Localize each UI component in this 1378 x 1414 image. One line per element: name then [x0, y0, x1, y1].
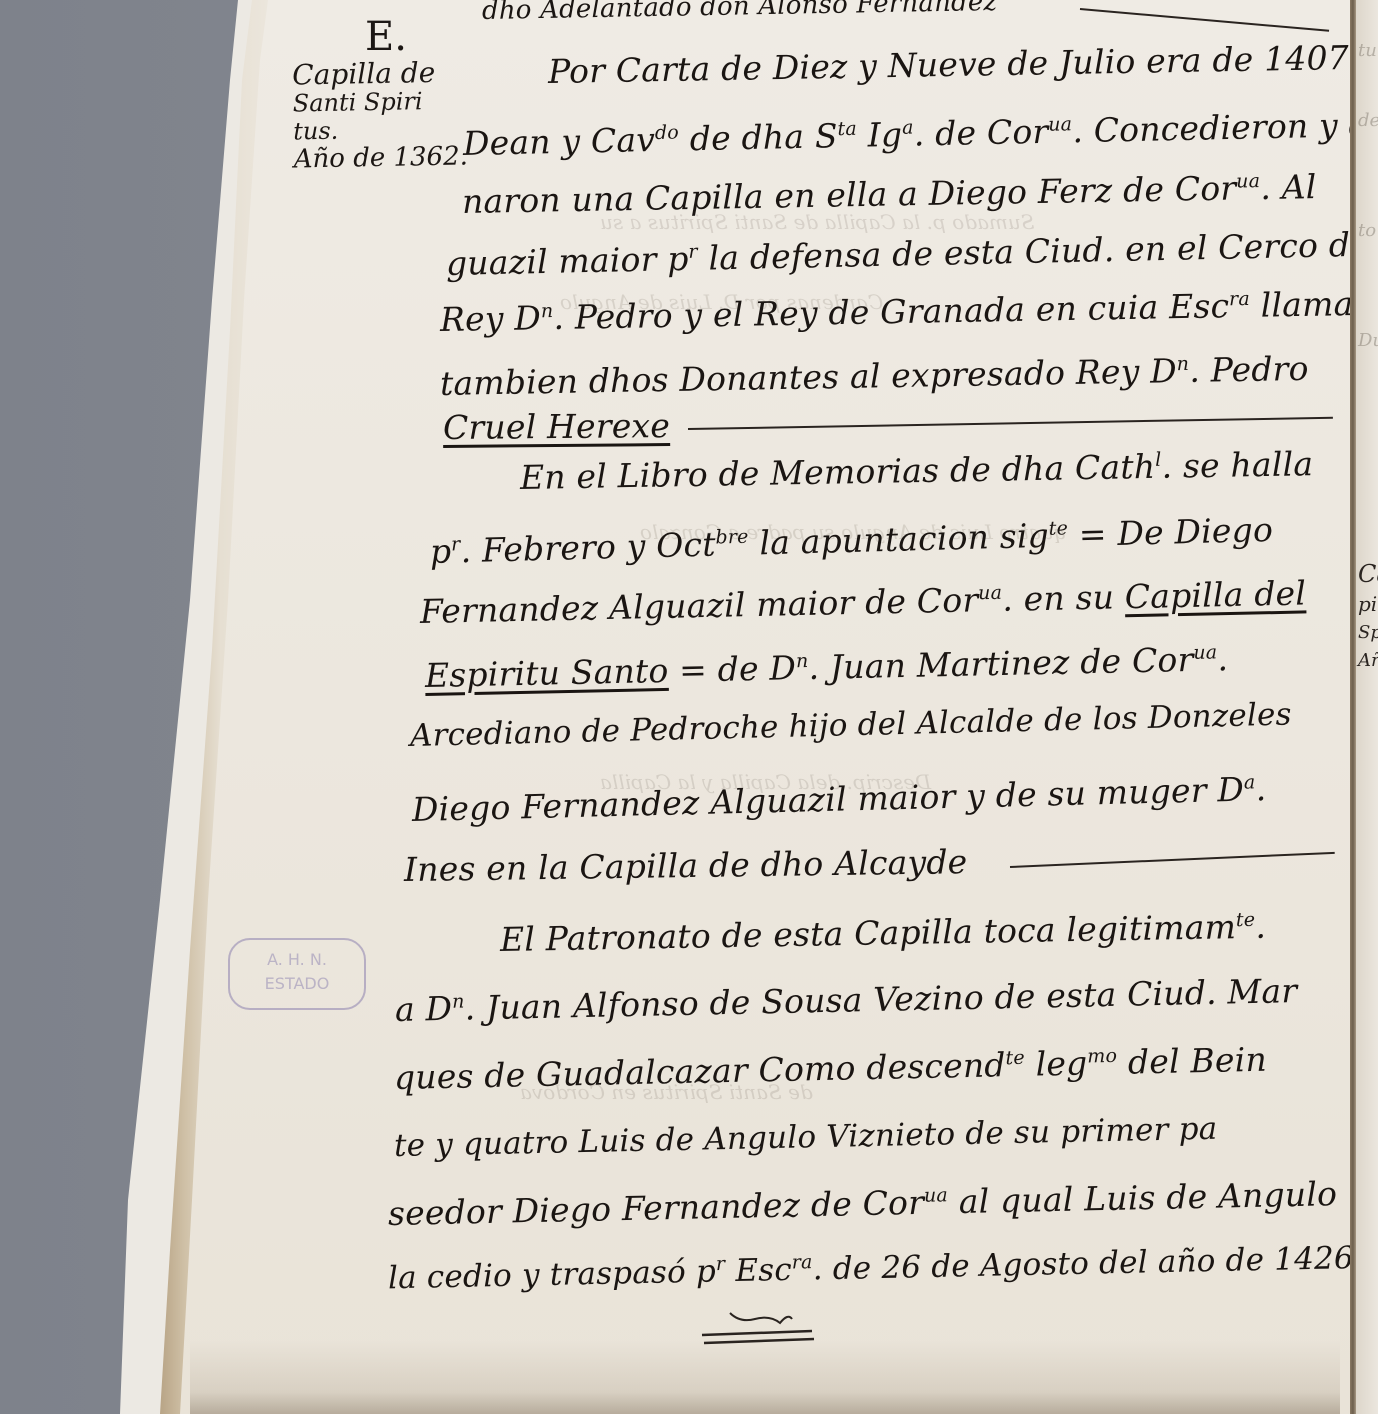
line-text: leg [1024, 1043, 1087, 1083]
line-text: . en su [1002, 577, 1125, 619]
facing-page-fragment: Ca [1358, 560, 1378, 588]
margin-note-line: Capilla de [292, 59, 462, 90]
line-text: de dha S [679, 116, 838, 158]
line-text: . Juan Martinez de Cor [808, 640, 1194, 687]
margin-note: Capilla de Santi Spiri tus. Año de 1362. [292, 59, 464, 174]
superscript: ra [1229, 288, 1250, 310]
facing-page-ghost: de [1358, 110, 1378, 131]
facing-page-fragment: Sp [1358, 622, 1378, 643]
line-text: la cedio y traspasó p [388, 1253, 717, 1296]
superscript: n [796, 650, 809, 672]
superscript: a [902, 117, 914, 139]
facing-page-ghost: tu [1358, 40, 1377, 61]
line-text: = De Diego [1068, 510, 1274, 554]
line-text: Rey D [440, 298, 542, 339]
line-text: la apuntacion sig [748, 516, 1049, 563]
line-text: a D [395, 989, 453, 1029]
superscript: n [1177, 353, 1190, 375]
line-text: p [429, 531, 451, 571]
text-line-8: Cruel Herexe [443, 406, 670, 447]
superscript: ua [978, 582, 1002, 604]
line-text: al qual Luis de Angulo [948, 1174, 1338, 1221]
superscript: bre [715, 526, 749, 549]
superscript: te [1236, 909, 1256, 931]
superscript: ta [837, 118, 857, 140]
line-text: Ines en la Capilla de dho Alcayde [404, 842, 968, 889]
line-text: Dean y Cav [463, 120, 656, 163]
superscript: ra [791, 1251, 812, 1273]
line-text: . [1217, 639, 1229, 678]
line-text: . de Cor [913, 112, 1048, 154]
line-text: Ig [857, 115, 903, 155]
facing-page-edge: tu de to Du Ca pi Sp Año [1356, 0, 1378, 1414]
line-text: llama [1250, 284, 1354, 325]
line-text: . Al [1260, 167, 1317, 207]
archive-stamp: A. H. N. ESTADO [228, 938, 366, 1010]
superscript: ua [924, 1184, 948, 1206]
superscript: n [452, 991, 465, 1013]
line-text-underlined: Espiritu Santo [425, 651, 669, 695]
line-text-underlined: Capilla del [1124, 573, 1306, 616]
stamp-line-2: ESTADO [230, 972, 364, 996]
line-text: . Febrero y Oct [460, 525, 716, 571]
section-letter: E. [365, 14, 407, 60]
line-text: . [1255, 907, 1266, 946]
superscript: a [1244, 771, 1256, 793]
superscript: te [1005, 1047, 1025, 1069]
line-text: guazil maior p [446, 239, 689, 283]
line-text: . se halla [1161, 444, 1313, 486]
line-text: . Pedro [1189, 349, 1309, 390]
facing-page-fragment: pi [1358, 592, 1377, 616]
superscript: te [1048, 517, 1068, 539]
line-text: Esc [725, 1252, 792, 1289]
superscript: mo [1087, 1045, 1117, 1068]
facing-page-ghost: to [1358, 220, 1376, 241]
text-line-15: Ines en la Capilla de dho Alcayde [404, 842, 968, 889]
superscript: ua [1236, 170, 1260, 192]
superscript: do [655, 121, 679, 143]
superscript: ua [1048, 113, 1072, 135]
superscript: ua [1193, 641, 1217, 663]
margin-note-line: tus. [293, 115, 463, 146]
superscript: n [541, 300, 554, 322]
line-text: . [1255, 769, 1267, 808]
line-text: = de D [668, 648, 796, 690]
margin-note-line: Santi Spiri [293, 87, 463, 118]
line-text-underlined: Cruel Herexe [443, 406, 670, 447]
line-text: . Concedieron y do [1072, 105, 1378, 151]
stamp-line-1: A. H. N. [230, 948, 364, 972]
margin-note-line: Año de 1362. [294, 143, 464, 174]
facing-page-fragment: Año [1358, 650, 1378, 671]
closing-flourish-icon [700, 1305, 820, 1355]
facing-page-ghost: Du [1358, 330, 1378, 351]
line-text: del Bein [1117, 1040, 1267, 1082]
superscript: r [688, 241, 698, 263]
